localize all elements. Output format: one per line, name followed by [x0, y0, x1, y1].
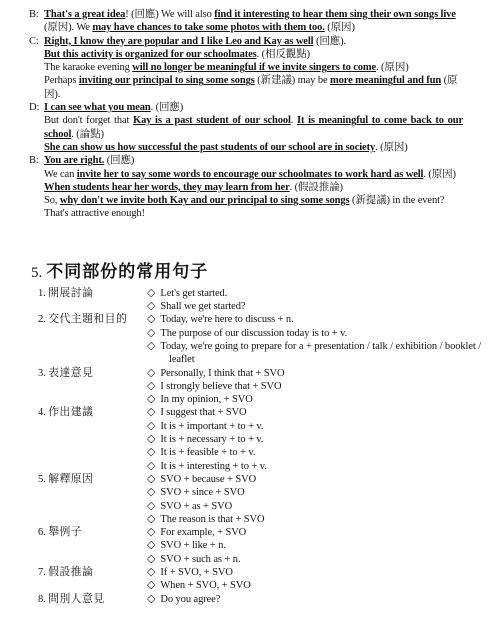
- speaker-label: B:: [29, 8, 39, 21]
- dialogue-paragraph: But this activity is organized for our s…: [44, 48, 463, 61]
- key-phrase: invite her to say some words to encourag…: [77, 169, 424, 180]
- diamond-bullet-icon: ◇: [147, 446, 155, 459]
- phrase-text: I strongly believe that + SVO: [160, 381, 281, 392]
- plain-text: (回應): [104, 155, 134, 166]
- phrase-text: Let's get started.: [160, 288, 227, 299]
- phrase-row: 3. 表達意見◇Personally, I think that + SVO◇I…: [38, 367, 500, 407]
- key-phrase: When students hear her words, they may l…: [44, 182, 290, 193]
- diamond-bullet-icon: ◇: [147, 513, 155, 526]
- section-heading: 5. 不同部份的常用句子: [31, 259, 500, 286]
- key-phrase: find it interesting to hear them sing th…: [214, 9, 456, 20]
- dialogue-paragraph: I can see what you mean. (回應): [44, 101, 463, 114]
- phrase-row-content: ◇Today, we're here to discuss + n.◇The p…: [147, 313, 486, 366]
- dialogue-paragraph: That's a great idea! (回應) We will also f…: [44, 8, 463, 35]
- phrase-text: If + SVO, + SVO: [160, 567, 232, 578]
- phrase-text: It is + feasible + to + v.: [160, 447, 255, 458]
- phrase-row-content: ◇For example, + SVO◇SVO + like + n.◇SVO …: [147, 526, 486, 566]
- diamond-bullet-icon: ◇: [147, 486, 155, 499]
- phrase-line: ◇SVO + because + SVO: [147, 473, 486, 486]
- item-number: 4.: [38, 407, 48, 418]
- diamond-bullet-icon: ◇: [147, 553, 155, 566]
- phrase-row-label: 4. 作出建議: [38, 406, 147, 472]
- plain-text: Perhaps: [44, 75, 79, 86]
- plain-text: We can: [44, 169, 77, 180]
- item-number: 6.: [38, 527, 48, 538]
- phrase-text: SVO + such as + n.: [160, 554, 240, 565]
- phrase-line: ◇SVO + since + SVO: [147, 486, 486, 499]
- dialogue-paragraph: But don't forget that Kay is a past stud…: [44, 114, 463, 141]
- item-label: 作出建議: [48, 406, 93, 418]
- phrase-row-content: ◇I suggest that + SVO◇It is + important …: [147, 406, 486, 472]
- phrase-text: SVO + since + SVO: [160, 487, 244, 498]
- diamond-bullet-icon: ◇: [147, 420, 155, 433]
- key-phrase: She can show us how successful the past …: [44, 142, 375, 153]
- phrase-row: 7. 假設推論◇If + SVO, + SVO◇When + SVO, + SV…: [38, 566, 500, 593]
- phrase-text: For example, + SVO: [160, 527, 246, 538]
- dialogue-paragraph: So, why don't we invite both Kay and our…: [44, 194, 463, 207]
- phrase-row: 8. 問別人意見◇Do you agree?: [38, 593, 500, 606]
- key-phrase: why don't we invite both Kay and our pri…: [60, 195, 350, 206]
- plain-text: . (原因): [375, 142, 408, 153]
- plain-text: ! (回應) We will also: [125, 9, 214, 20]
- plain-text: (回應).: [313, 36, 346, 47]
- phrase-text: I suggest that + SVO: [160, 407, 246, 418]
- phrase-line: ◇It is + necessary + to + v.: [147, 433, 486, 446]
- dialogue-paragraph: Perhaps inviting our principal to sing s…: [44, 74, 463, 101]
- phrase-line: ◇Personally, I think that + SVO: [147, 367, 486, 380]
- diamond-bullet-icon: ◇: [147, 380, 155, 393]
- item-label: 表達意見: [48, 367, 93, 379]
- key-phrase: Kay is a past student of our school: [133, 115, 291, 126]
- phrase-text: It is + necessary + to + v.: [160, 434, 263, 445]
- plain-text: . (假設推論): [290, 182, 343, 193]
- item-label: 解釋原因: [48, 473, 93, 485]
- phrase-text: Personally, I think that + SVO: [160, 368, 284, 379]
- dialogue-paragraph: She can show us how successful the past …: [44, 141, 463, 154]
- item-label: 交代主題和目的: [48, 313, 127, 325]
- phrase-text: In my opinion, + SVO: [160, 394, 252, 405]
- phrase-row: 1. 開展討論◇Let's get started.◇Shall we get …: [38, 287, 500, 314]
- diamond-bullet-icon: ◇: [147, 313, 155, 326]
- key-phrase: more meaningful and fun: [330, 75, 441, 86]
- phrase-line: ◇Today, we're going to prepare for a + p…: [147, 340, 486, 367]
- phrase-text: The reason is that + SVO: [160, 514, 264, 525]
- diamond-bullet-icon: ◇: [147, 526, 155, 539]
- phrase-line: ◇It is + feasible + to + v.: [147, 446, 486, 459]
- diamond-bullet-icon: ◇: [147, 433, 155, 446]
- phrase-row-content: ◇If + SVO, + SVO◇When + SVO, + SVO: [147, 566, 486, 593]
- item-label: 舉例子: [48, 526, 82, 538]
- dialogue-turns: B:That's a great idea! (回應) We will also…: [29, 8, 463, 221]
- diamond-bullet-icon: ◇: [147, 300, 155, 313]
- item-number: 8.: [38, 594, 48, 605]
- phrase-line: ◇SVO + such as + n.: [147, 553, 486, 566]
- diamond-bullet-icon: ◇: [147, 367, 155, 380]
- dialogue-paragraph: That's attractive enough!: [44, 207, 463, 220]
- plain-text: (原因). We: [44, 22, 92, 33]
- key-phrase: But this activity is organized for our s…: [44, 49, 257, 60]
- phrase-line: ◇It is + important + to + v.: [147, 420, 486, 433]
- common-phrases-list: 1. 開展討論◇Let's get started.◇Shall we get …: [38, 287, 500, 606]
- phrase-row: 4. 作出建議◇I suggest that + SVO◇It is + imp…: [38, 406, 500, 472]
- plain-text: That's attractive enough!: [44, 208, 145, 219]
- item-number: 7.: [38, 567, 48, 578]
- phrase-line: ◇For example, + SVO: [147, 526, 486, 539]
- phrase-row-label: 6. 舉例子: [38, 526, 147, 566]
- phrase-line: ◇It is + interesting + to + v.: [147, 460, 486, 473]
- diamond-bullet-icon: ◇: [147, 500, 155, 513]
- phrase-line: ◇Do you agree?: [147, 593, 486, 606]
- phrase-line: ◇SVO + like + n.: [147, 539, 486, 552]
- speaker-label: C:: [29, 35, 39, 48]
- phrase-row: 2. 交代主題和目的◇Today, we're here to discuss …: [38, 313, 500, 366]
- plain-text: . (相反觀點): [257, 49, 310, 60]
- speaker-label: B:: [29, 154, 39, 167]
- dialogue-paragraph: We can invite her to say some words to e…: [44, 168, 463, 181]
- phrase-text: The purpose of our discussion today is t…: [160, 328, 347, 339]
- phrase-row-content: ◇Personally, I think that + SVO◇I strong…: [147, 367, 486, 407]
- phrase-row: 5. 解釋原因◇SVO + because + SVO◇SVO + since …: [38, 473, 500, 526]
- section-title: 不同部份的常用句子: [46, 262, 208, 281]
- key-phrase: inviting our principal to sing some song…: [79, 75, 255, 86]
- phrase-text: Do you agree?: [160, 594, 220, 605]
- dialogue-turn: D:I can see what you mean. (回應)But don't…: [29, 101, 463, 154]
- phrase-line: ◇In my opinion, + SVO: [147, 393, 486, 406]
- item-label: 假設推論: [48, 566, 93, 578]
- plain-text: . (回應): [151, 102, 184, 113]
- phrase-line: ◇The purpose of our discussion today is …: [147, 327, 486, 340]
- item-number: 2.: [38, 314, 48, 325]
- diamond-bullet-icon: ◇: [147, 327, 155, 340]
- dialogue-turn: B:That's a great idea! (回應) We will also…: [29, 8, 463, 35]
- dialogue-paragraph: The karaoke evening will no longer be me…: [44, 61, 463, 74]
- dialogue-block: B:That's a great idea! (回應) We will also…: [0, 0, 500, 221]
- phrase-line: ◇I suggest that + SVO: [147, 406, 486, 419]
- phrase-row: 6. 舉例子◇For example, + SVO◇SVO + like + n…: [38, 526, 500, 566]
- phrase-row-label: 7. 假設推論: [38, 566, 147, 593]
- phrase-row-label: 3. 表達意見: [38, 367, 147, 407]
- plain-text: . (原因): [423, 169, 456, 180]
- phrase-row-label: 5. 解釋原因: [38, 473, 147, 526]
- plain-text: (原因): [325, 22, 355, 33]
- diamond-bullet-icon: ◇: [147, 393, 155, 406]
- phrase-text: SVO + like + n.: [160, 540, 225, 551]
- plain-text: (新提議) in the event?: [349, 195, 444, 206]
- dialogue-turn: C:Right, I know they are popular and I l…: [29, 35, 463, 101]
- plain-text: . (原因): [376, 62, 409, 73]
- phrase-line: ◇Let's get started.: [147, 287, 486, 300]
- diamond-bullet-icon: ◇: [147, 579, 155, 592]
- dialogue-paragraph: Right, I know they are popular and I lik…: [44, 35, 463, 48]
- item-label: 開展討論: [48, 287, 93, 299]
- phrase-row-content: ◇Let's get started.◇Shall we get started…: [147, 287, 486, 314]
- diamond-bullet-icon: ◇: [147, 287, 155, 300]
- phrase-row-label: 8. 問別人意見: [38, 593, 147, 606]
- phrase-text: When + SVO, + SVO: [160, 580, 250, 591]
- diamond-bullet-icon: ◇: [147, 566, 155, 579]
- key-phrase: That's a great idea: [44, 9, 125, 20]
- diamond-bullet-icon: ◇: [147, 460, 155, 473]
- item-number: 5.: [38, 474, 48, 485]
- plain-text: (新建議) may be: [255, 75, 330, 86]
- key-phrase: I can see what you mean: [44, 102, 151, 113]
- item-number: 3.: [38, 368, 48, 379]
- key-phrase: You are right.: [44, 155, 104, 166]
- phrase-line: ◇The reason is that + SVO: [147, 513, 486, 526]
- diamond-bullet-icon: ◇: [147, 340, 155, 353]
- phrase-text: Shall we get started?: [160, 301, 245, 312]
- phrase-text: It is + interesting + to + v.: [160, 461, 266, 472]
- dialogue-turn: B:You are right. (回應)We can invite her t…: [29, 154, 463, 220]
- dialogue-paragraph: You are right. (回應): [44, 154, 463, 167]
- phrase-line: ◇If + SVO, + SVO: [147, 566, 486, 579]
- phrase-line: ◇Shall we get started?: [147, 300, 486, 313]
- phrase-text: SVO + because + SVO: [160, 474, 256, 485]
- phrase-text: Today, we're going to prepare for a + pr…: [160, 341, 481, 365]
- plain-text: So,: [44, 195, 60, 206]
- item-label: 問別人意見: [48, 593, 104, 605]
- plain-text: . (論點): [71, 129, 104, 140]
- document-page: B:That's a great idea! (回應) We will also…: [0, 0, 500, 642]
- diamond-bullet-icon: ◇: [147, 406, 155, 419]
- diamond-bullet-icon: ◇: [147, 539, 155, 552]
- speaker-label: D:: [29, 101, 39, 114]
- key-phrase: Right, I know they are popular and I lik…: [44, 36, 313, 47]
- key-phrase: may have chances to take some photos wit…: [92, 22, 324, 33]
- phrase-text: It is + important + to + v.: [160, 421, 263, 432]
- section-number: 5.: [31, 265, 42, 281]
- phrase-row-content: ◇SVO + because + SVO◇SVO + since + SVO◇S…: [147, 473, 486, 526]
- phrase-line: ◇When + SVO, + SVO: [147, 579, 486, 592]
- phrase-line: ◇Today, we're here to discuss + n.: [147, 313, 486, 326]
- phrase-text: Today, we're here to discuss + n.: [160, 314, 293, 325]
- phrase-row-label: 2. 交代主題和目的: [38, 313, 147, 366]
- key-phrase: will no longer be meaningful if we invit…: [132, 62, 376, 73]
- plain-text: The karaoke evening: [44, 62, 132, 73]
- phrase-row-content: ◇Do you agree?: [147, 593, 486, 606]
- diamond-bullet-icon: ◇: [147, 473, 155, 486]
- diamond-bullet-icon: ◇: [147, 593, 155, 606]
- phrase-text: SVO + as + SVO: [160, 501, 232, 512]
- phrase-line: ◇SVO + as + SVO: [147, 500, 486, 513]
- item-number: 1.: [38, 288, 48, 299]
- plain-text: But don't forget that: [44, 115, 133, 126]
- phrase-line: ◇I strongly believe that + SVO: [147, 380, 486, 393]
- dialogue-paragraph: When students hear her words, they may l…: [44, 181, 463, 194]
- phrase-row-label: 1. 開展討論: [38, 287, 147, 314]
